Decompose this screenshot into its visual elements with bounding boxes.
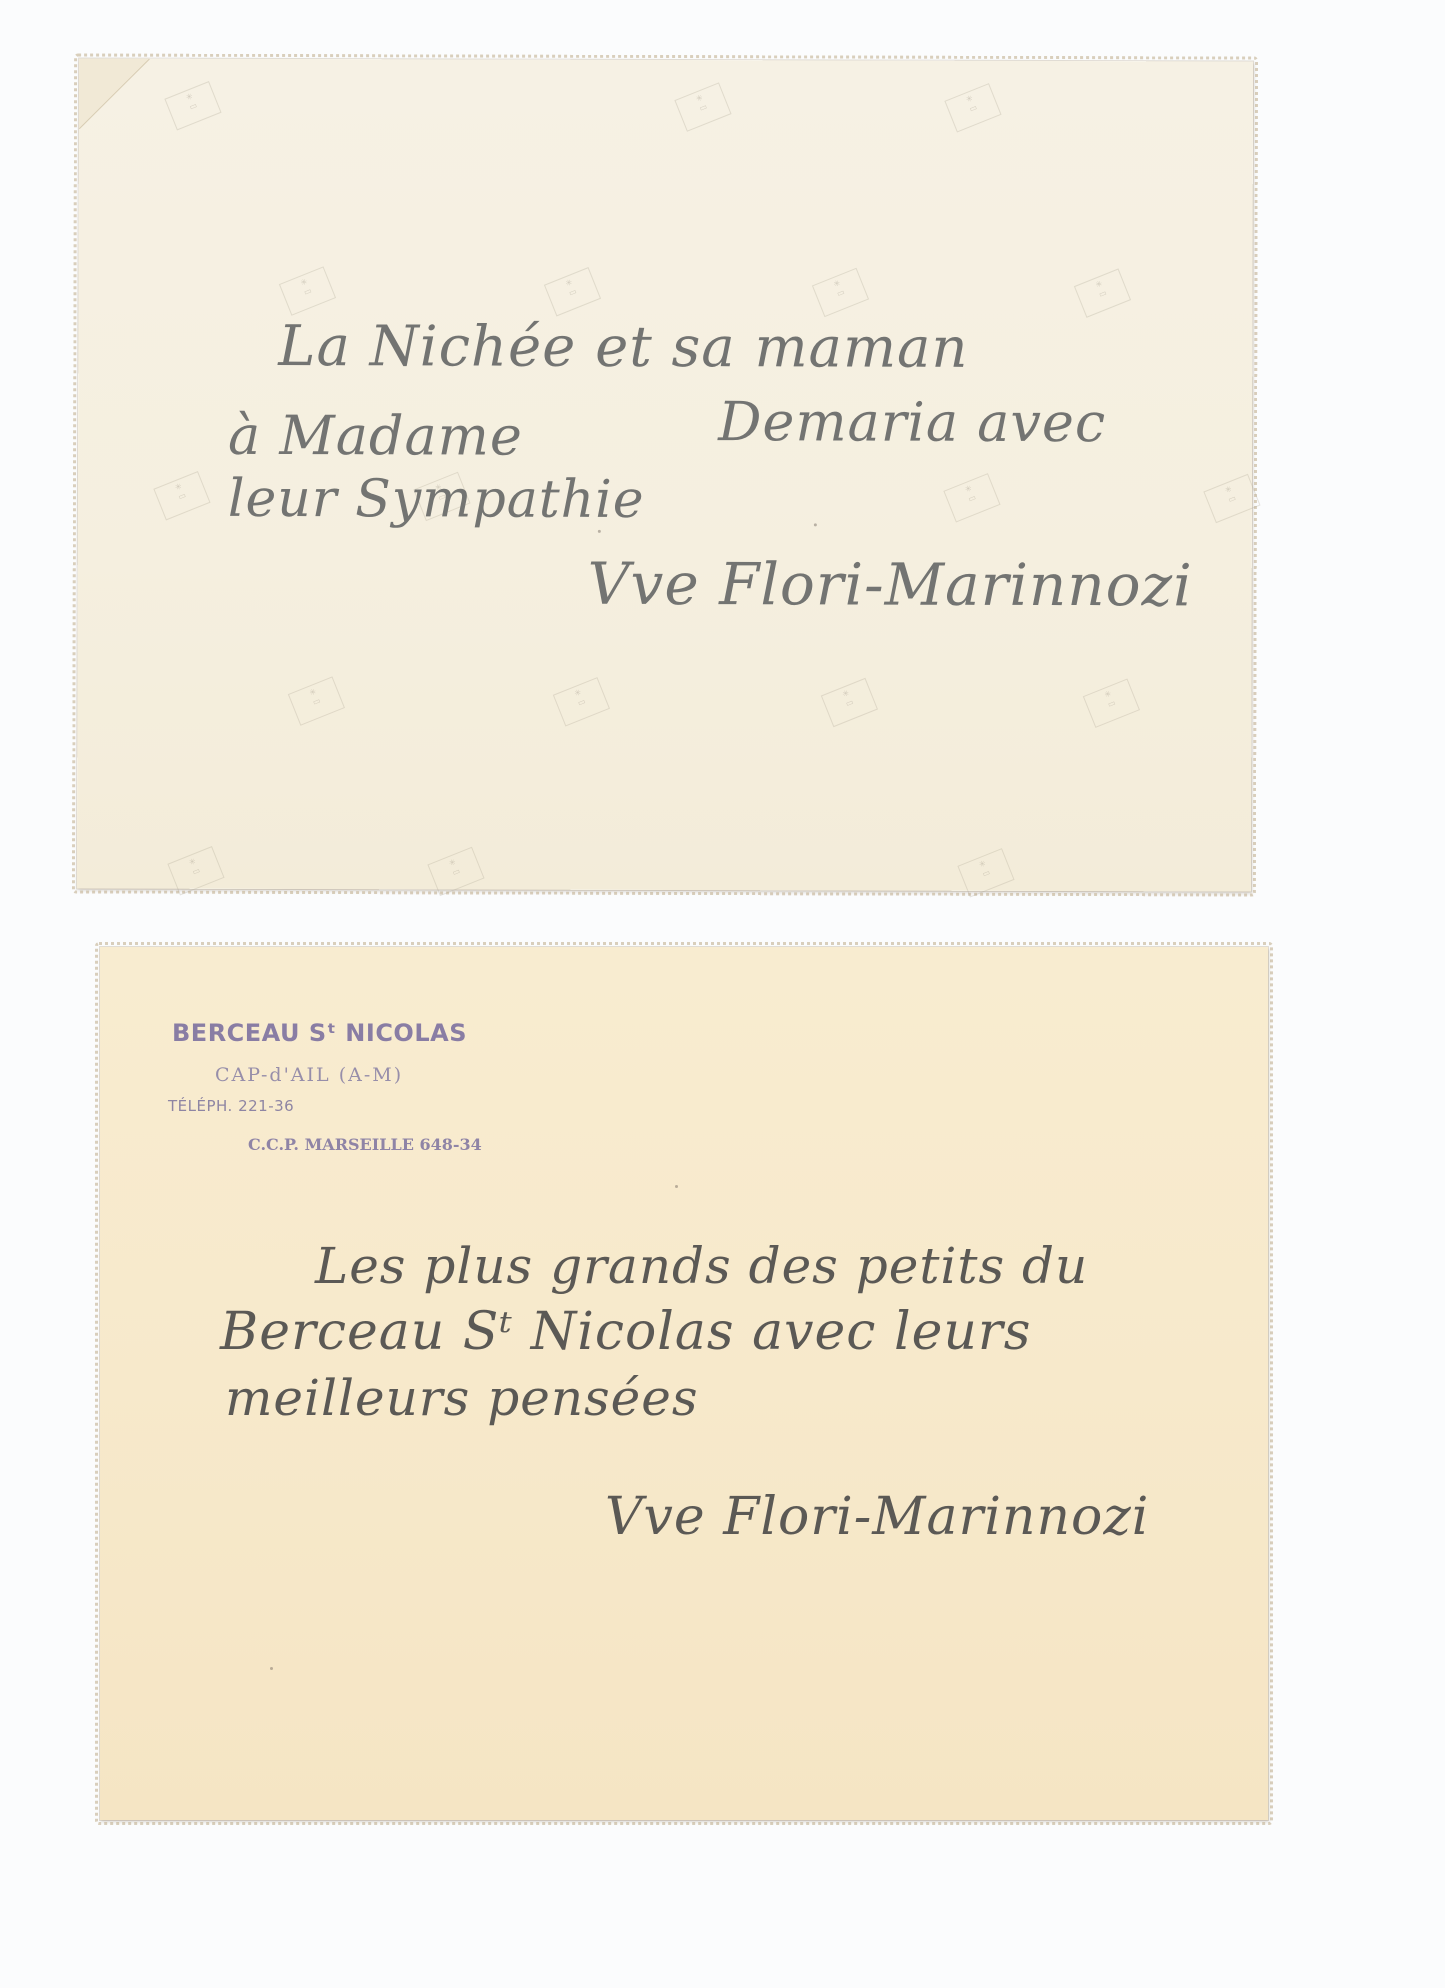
- photo-card-top: ✳▭ ✳▭ ✳▭ ✳▭ ✳▭ ✳▭ ✳▭ ✳▭ ✳▭ ✳▭ ✳▭ ✳▭ ✳▭ ✳…: [77, 58, 1253, 891]
- watermark-stamp-icon: ✳▭: [153, 471, 210, 520]
- watermark-stamp-icon: ✳▭: [427, 847, 484, 896]
- handwritten-line-2-name: Demaria avec: [718, 390, 1106, 454]
- watermark-stamp-icon: ✳▭: [944, 83, 1001, 132]
- watermark-stamp-icon: ✳▭: [553, 677, 610, 726]
- stamp-institution-name: BERCEAU Sᵗ NICOLAS: [172, 1019, 467, 1047]
- stamp-telephone: TÉLÉPH. 221-36: [168, 1097, 294, 1115]
- stamp-location: CAP-d'AIL (A-M): [215, 1064, 403, 1086]
- signature: Vve Flori-Marinnozi: [588, 550, 1193, 620]
- watermark-stamp-icon: ✳▭: [943, 473, 1000, 522]
- handwritten-line-2-addressee: à Madame: [228, 404, 523, 468]
- handwritten-line-1: Les plus grands des petits du: [315, 1237, 1088, 1295]
- watermark-stamp-icon: ✳▭: [821, 678, 878, 727]
- watermark-stamp-icon: ✳▭: [1203, 474, 1260, 523]
- paper-speck: [814, 523, 817, 526]
- paper-speck: [270, 1667, 273, 1670]
- paper-speck: [598, 530, 601, 533]
- watermark-stamp-icon: ✳▭: [164, 81, 221, 130]
- watermark-stamp-icon: ✳▭: [1074, 268, 1131, 317]
- paper-speck: [675, 1185, 678, 1188]
- watermark-stamp-icon: ✳▭: [1083, 678, 1140, 727]
- handwritten-line-1: La Nichée et sa maman: [278, 314, 968, 381]
- photo-card-bottom: BERCEAU Sᵗ NICOLAS CAP-d'AIL (A-M) TÉLÉP…: [100, 947, 1268, 1820]
- signature: Vve Flori-Marinnozi: [605, 1487, 1149, 1547]
- watermark-stamp-icon: ✳▭: [812, 268, 869, 317]
- stamp-postal-account: C.C.P. MARSEILLE 648-34: [248, 1135, 482, 1154]
- handwritten-line-2: Berceau Sᵗ Nicolas avec leurs: [220, 1302, 1031, 1362]
- handwritten-line-3: leur Sympathie: [228, 469, 645, 530]
- watermark-stamp-icon: ✳▭: [167, 846, 224, 895]
- watermark-stamp-icon: ✳▭: [288, 676, 345, 725]
- watermark-stamp-icon: ✳▭: [957, 848, 1014, 897]
- handwritten-line-3: meilleurs pensées: [225, 1369, 699, 1427]
- watermark-stamp-icon: ✳▭: [674, 82, 731, 131]
- watermark-stamp-icon: ✳▭: [279, 266, 336, 315]
- watermark-stamp-icon: ✳▭: [544, 267, 601, 316]
